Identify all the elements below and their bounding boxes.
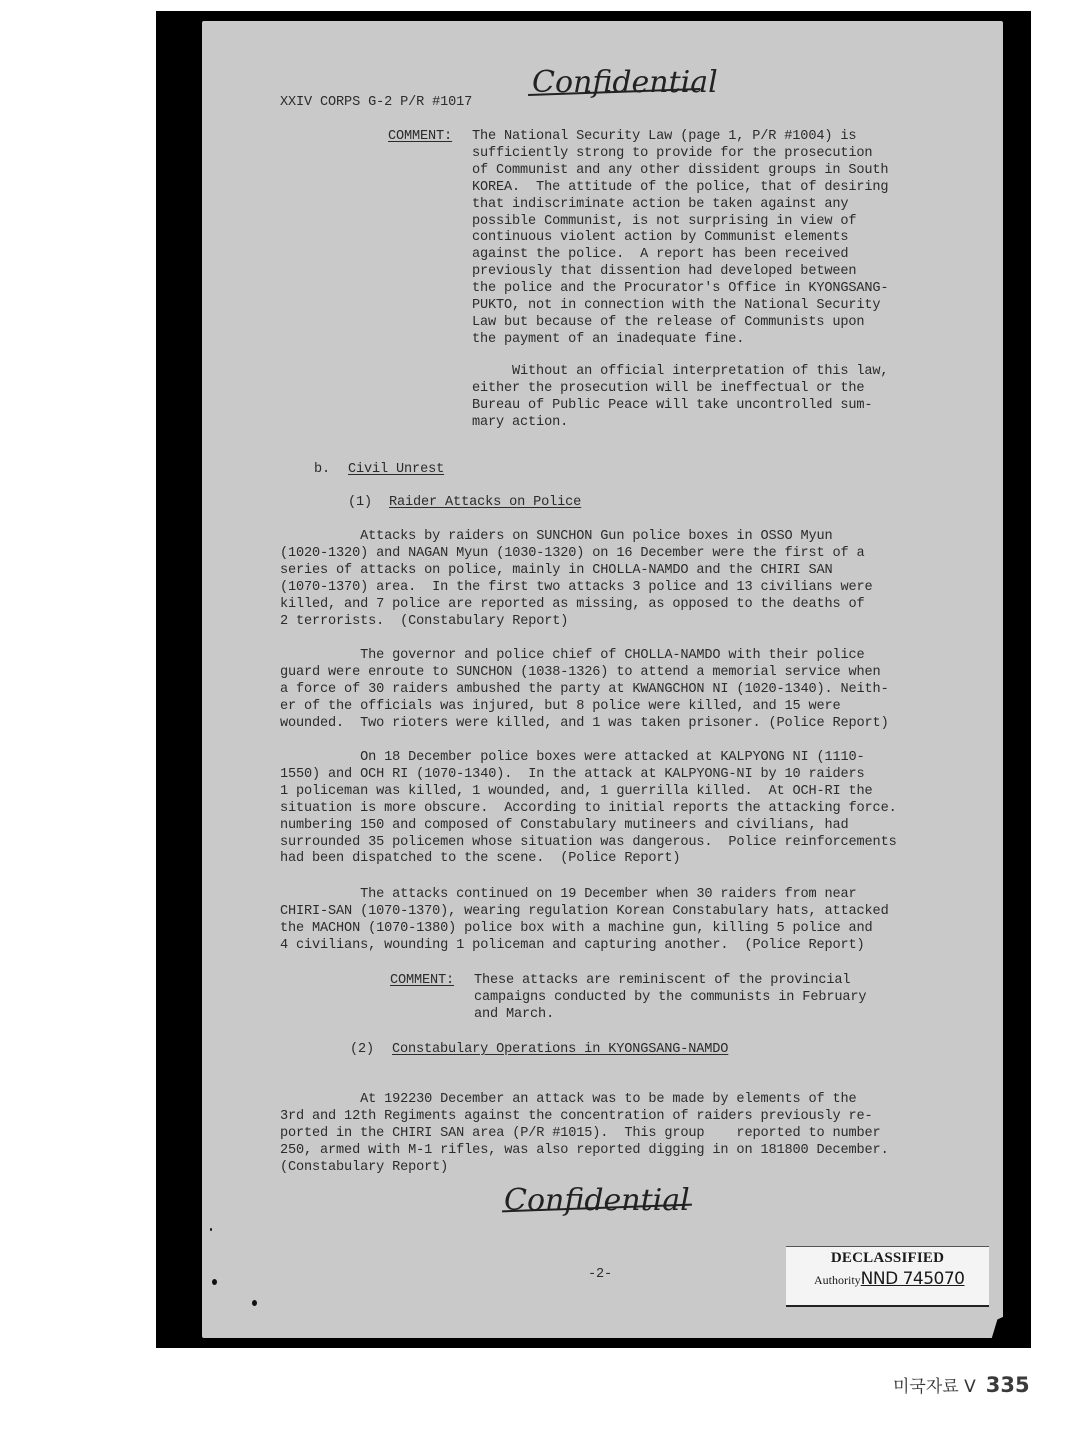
punch-mark [252,1300,257,1306]
stamp-authority-value: NND 745070 [861,1269,965,1289]
section-title: Civil Unrest [348,462,444,479]
body-paragraph: The governor and police chief of CHOLLA-… [280,648,889,733]
body-paragraph: On 18 December police boxes were attacke… [280,750,897,868]
speck-mark [210,1228,212,1231]
book-page-number: 335 [986,1373,1030,1397]
document-page: XXIV CORPS G-2 P/R #1017 Confidential CO… [202,21,1003,1338]
page-number: -2- [588,1267,612,1284]
report-reference: XXIV CORPS G-2 P/R #1017 [280,95,472,112]
body-paragraph: At 192230 December an attack was to be m… [280,1092,889,1177]
subsection-title: Constabulary Operations in KYONGSANG-NAM… [392,1042,728,1059]
subsection-title: Raider Attacks on Police [389,495,581,512]
book-section-label: 미국자료 V [893,1377,976,1397]
subsection-marker: (1) [348,495,372,512]
stamp-authority: AuthorityNND 745070 [786,1269,989,1289]
subsection-marker: (2) [350,1042,374,1059]
stamp-title: DECLASSIFIED [786,1250,989,1267]
comment-label: COMMENT: [390,973,454,990]
comment-body: The National Security Law (page 1, P/R #… [472,129,888,431]
body-paragraph: Attacks by raiders on SUNCHON Gun police… [280,529,873,630]
declassified-stamp: DECLASSIFIED AuthorityNND 745070 [786,1246,989,1307]
comment-body: These attacks are reminiscent of the pro… [474,973,866,1024]
stamp-authority-label: Authority [814,1273,861,1287]
handwritten-confidential-mark: Confidential [504,1183,690,1218]
book-page-footer: 미국자료 V335 [893,1372,1030,1397]
punch-mark [212,1279,217,1285]
body-paragraph: The attacks continued on 19 December whe… [280,887,889,955]
scanned-document-frame: XXIV CORPS G-2 P/R #1017 Confidential CO… [156,11,1031,1348]
section-marker: b. [314,462,330,479]
comment-label: COMMENT: [388,129,452,146]
